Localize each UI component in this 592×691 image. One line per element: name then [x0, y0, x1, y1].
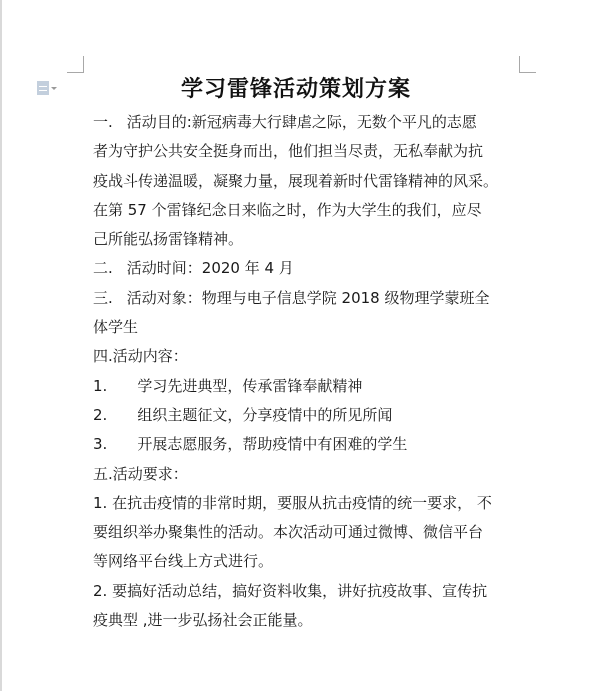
section-requirements-heading: 五.活动要求： — [93, 460, 493, 489]
paragraph-text: 活动时间：2020 年 4 月 — [127, 259, 294, 277]
margin-corner-top-left — [67, 56, 84, 73]
list-text: 组织主题征文，分享疫情中的所见所闻 — [137, 406, 392, 424]
paragraph-line: 在第 57 个雷锋纪念日来临之时，作为大学生的我们，应尽 — [93, 196, 493, 225]
list-number: 2. — [93, 406, 107, 424]
section-target-line: 三.活动对象：物理与电子信息学院 2018 级物理学蒙班全 — [93, 284, 493, 313]
paragraph-line: 体学生 — [93, 313, 493, 342]
section-time: 二.活动时间：2020 年 4 月 — [93, 254, 493, 283]
paragraph-line: 疫典型 ,进一步弘扬社会正能量。 — [93, 606, 493, 635]
paragraph-line: 2. 要搞好活动总结，搞好资料收集，讲好抗疫故事、宣传抗 — [93, 577, 493, 606]
page-left-border — [0, 0, 2, 691]
paragraph-text: 活动目的:新冠病毒大行肆虐之际，无数个平凡的志愿 — [127, 113, 477, 131]
paragraph-line: 等网络平台线上方式进行。 — [93, 547, 493, 576]
paragraph-line: 1. 在抗击疫情的非常时期，要服从抗击疫情的统一要求， 不 — [93, 489, 493, 518]
paragraph-line: 疫战斗传递温暖，凝聚力量，展现着新时代雷锋精神的风采。 — [93, 167, 493, 196]
paragraph-line: 者为守护公共安全挺身而出，他们担当尽责，无私奉献为抗 — [93, 137, 493, 166]
section-number: 三. — [93, 289, 113, 307]
list-item: 2.组织主题征文，分享疫情中的所见所闻 — [93, 401, 493, 430]
list-number: 1. — [93, 377, 107, 395]
paragraph-text: 活动对象：物理与电子信息学院 2018 级物理学蒙班全 — [127, 289, 490, 307]
list-item: 3.开展志愿服务，帮助疫情中有困难的学生 — [93, 430, 493, 459]
section-number: 一. — [93, 113, 113, 131]
list-text: 学习先进典型，传承雷锋奉献精神 — [137, 377, 362, 395]
section-number: 二. — [93, 259, 113, 277]
list-text: 开展志愿服务，帮助疫情中有困难的学生 — [137, 435, 407, 453]
section-content-heading: 四.活动内容： — [93, 342, 493, 371]
document-title: 学习雷锋活动策划方案 — [0, 72, 592, 103]
list-item: 1.学习先进典型，传承雷锋奉献精神 — [93, 372, 493, 401]
margin-corner-top-right — [519, 56, 536, 73]
section-purpose-line: 一.活动目的:新冠病毒大行肆虐之际，无数个平凡的志愿 — [93, 108, 493, 137]
paragraph-line: 要组织举办聚集性的活动。本次活动可通过微博、微信平台 — [93, 518, 493, 547]
document-body: 一.活动目的:新冠病毒大行肆虐之际，无数个平凡的志愿 者为守护公共安全挺身而出，… — [93, 108, 493, 635]
paragraph-line: 己所能弘扬雷锋精神。 — [93, 225, 493, 254]
list-number: 3. — [93, 435, 107, 453]
